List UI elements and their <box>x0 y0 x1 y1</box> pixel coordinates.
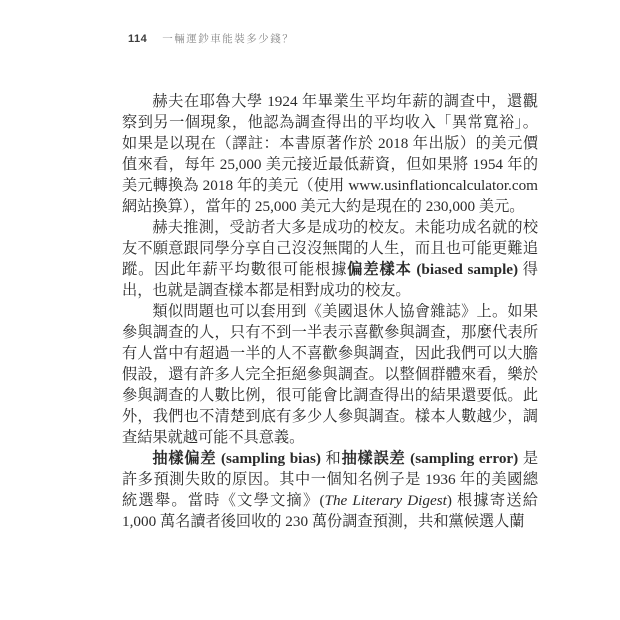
key-term: 抽樣偏差 (sampling bias) <box>152 450 321 467</box>
text-segment: 類似問題也可以套用到《美國退休人協會雜誌》上。如果參與調查的人，只有不到一半表示… <box>122 303 538 446</box>
page-header: 114 一輛運鈔車能裝多少錢？ <box>128 32 294 46</box>
paragraph: 類似問題也可以套用到《美國退休人協會雜誌》上。如果參與調查的人，只有不到一半表示… <box>122 301 538 448</box>
page-body: 赫夫在耶魯大學 1924 年畢業生平均年薪的調查中，還觀察到另一個現象，他認為調… <box>122 91 538 532</box>
paragraph: 抽樣偏差 (sampling bias) 和抽樣誤差 (sampling err… <box>122 448 538 532</box>
paragraph: 赫夫在耶魯大學 1924 年畢業生平均年薪的調查中，還觀察到另一個現象，他認為調… <box>122 91 538 217</box>
book-page: 114 一輛運鈔車能裝多少錢？ 赫夫在耶魯大學 1924 年畢業生平均年薪的調查… <box>0 0 620 620</box>
running-title: 一輛運鈔車能裝多少錢？ <box>162 32 294 46</box>
key-term: 抽樣誤差 (sampling error) <box>342 450 519 467</box>
key-term: 偏差樣本 (biased sample) <box>347 261 518 278</box>
page-number: 114 <box>128 32 147 46</box>
text-segment: 赫夫在耶魯大學 1924 年畢業生平均年薪的調查中，還觀察到另一個現象，他認為調… <box>122 93 538 215</box>
paragraph: 赫夫推測，受訪者大多是成功的校友。未能功成名就的校友不願意跟同學分享自己沒沒無聞… <box>122 217 538 301</box>
text-segment: 和 <box>321 450 342 467</box>
publication-title: The Literary Digest <box>325 492 447 509</box>
